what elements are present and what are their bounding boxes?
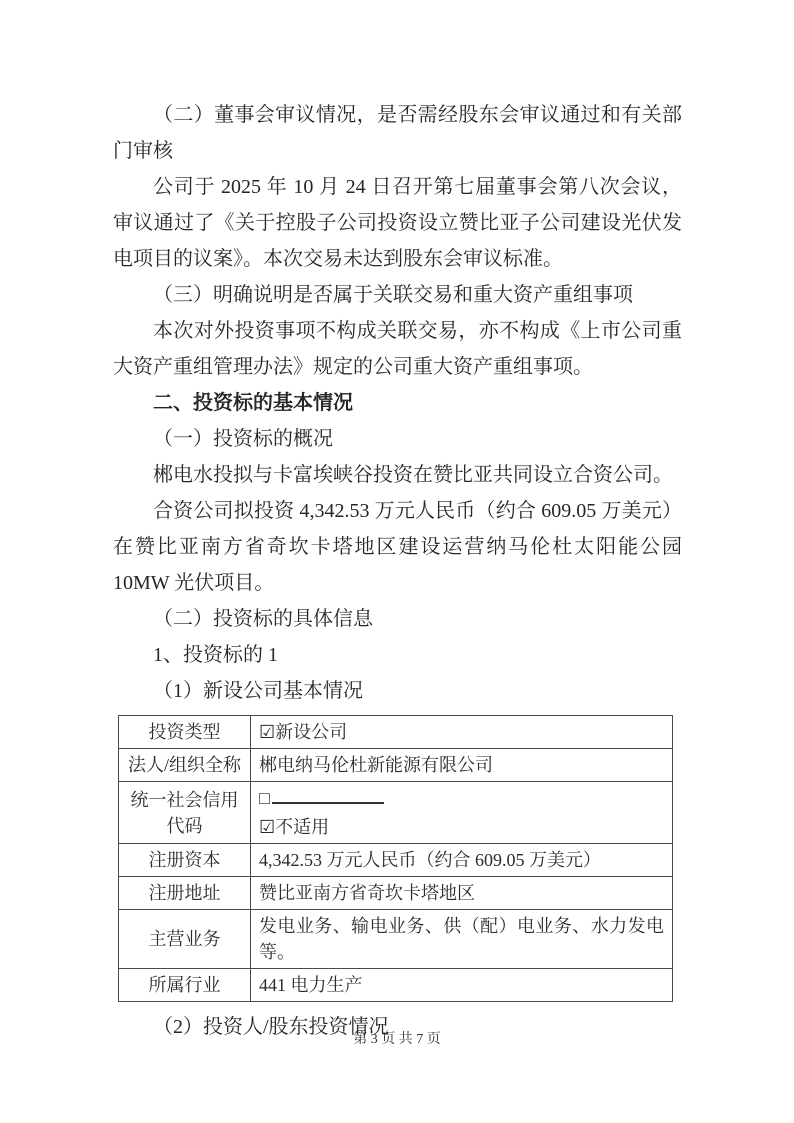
- target-overview-body2: 合资公司拟投资 4,342.53 万元人民币（约合 609.05 万美元）在赞比…: [113, 493, 682, 601]
- target-overview-heading: （一）投资标的概况: [113, 421, 682, 457]
- credit-code-blank-option: □: [259, 785, 664, 811]
- row-value-credit-code: □ ☑不适用: [251, 782, 673, 844]
- row-value-industry: 441 电力生产: [251, 969, 673, 1002]
- checkbox-unchecked-icon: □: [259, 788, 270, 808]
- table-row: 注册地址 赞比亚南方省奇坎卡塔地区: [119, 877, 673, 910]
- row-value-registered-address: 赞比亚南方省奇坎卡塔地区: [251, 877, 673, 910]
- target-detail-heading: （二）投资标的具体信息: [113, 601, 682, 637]
- credit-code-na-option: ☑不适用: [259, 814, 664, 840]
- row-label-credit-code: 统一社会信用 代码: [119, 782, 251, 844]
- row-label-investment-type: 投资类型: [119, 716, 251, 749]
- related-party-heading: （三）明确说明是否属于关联交易和重大资产重组事项: [113, 277, 682, 313]
- target1-heading: 1、投资标的 1: [113, 637, 682, 673]
- new-company-heading: （1）新设公司基本情况: [113, 673, 682, 709]
- page-number-footer: 第 3 页 共 7 页: [0, 1028, 794, 1048]
- related-party-body: 本次对外投资事项不构成关联交易，亦不构成《上市公司重大资产重组管理办法》规定的公…: [113, 313, 682, 385]
- row-label-industry: 所属行业: [119, 969, 251, 1002]
- section2-heading: 二、投资标的基本情况: [113, 385, 682, 421]
- row-value-investment-type: ☑新设公司: [251, 716, 673, 749]
- credit-code-label-line1: 统一社会信用: [127, 787, 242, 813]
- row-value-registered-capital: 4,342.53 万元人民币（约合 609.05 万美元）: [251, 844, 673, 877]
- row-value-main-business: 发电业务、输电业务、供（配）电业务、水力发电等。: [251, 910, 673, 969]
- row-label-registered-address: 注册地址: [119, 877, 251, 910]
- row-label-registered-capital: 注册资本: [119, 844, 251, 877]
- row-label-entity-name: 法人/组织全称: [119, 749, 251, 782]
- blank-fill-line: [272, 787, 384, 804]
- credit-code-label-line2: 代码: [127, 813, 242, 839]
- row-value-entity-name: 郴电纳马伦杜新能源有限公司: [251, 749, 673, 782]
- table-row: 统一社会信用 代码 □ ☑不适用: [119, 782, 673, 844]
- table-row: 法人/组织全称 郴电纳马伦杜新能源有限公司: [119, 749, 673, 782]
- table-row: 投资类型 ☑新设公司: [119, 716, 673, 749]
- target-overview-body1: 郴电水投拟与卡富埃峡谷投资在赞比亚共同设立合资公司。: [113, 457, 682, 493]
- table-row: 所属行业 441 电力生产: [119, 969, 673, 1002]
- board-review-body: 公司于 2025 年 10 月 24 日召开第七届董事会第八次会议，审议通过了《…: [113, 169, 682, 277]
- company-info-table: 投资类型 ☑新设公司 法人/组织全称 郴电纳马伦杜新能源有限公司 统一社会信用 …: [118, 715, 673, 1002]
- table-row: 注册资本 4,342.53 万元人民币（约合 609.05 万美元）: [119, 844, 673, 877]
- row-label-main-business: 主营业务: [119, 910, 251, 969]
- document-body: （二）董事会审议情况，是否需经股东会审议通过和有关部门审核 公司于 2025 年…: [113, 97, 682, 1045]
- table-row: 主营业务 发电业务、输电业务、供（配）电业务、水力发电等。: [119, 910, 673, 969]
- board-review-heading: （二）董事会审议情况，是否需经股东会审议通过和有关部门审核: [113, 97, 682, 169]
